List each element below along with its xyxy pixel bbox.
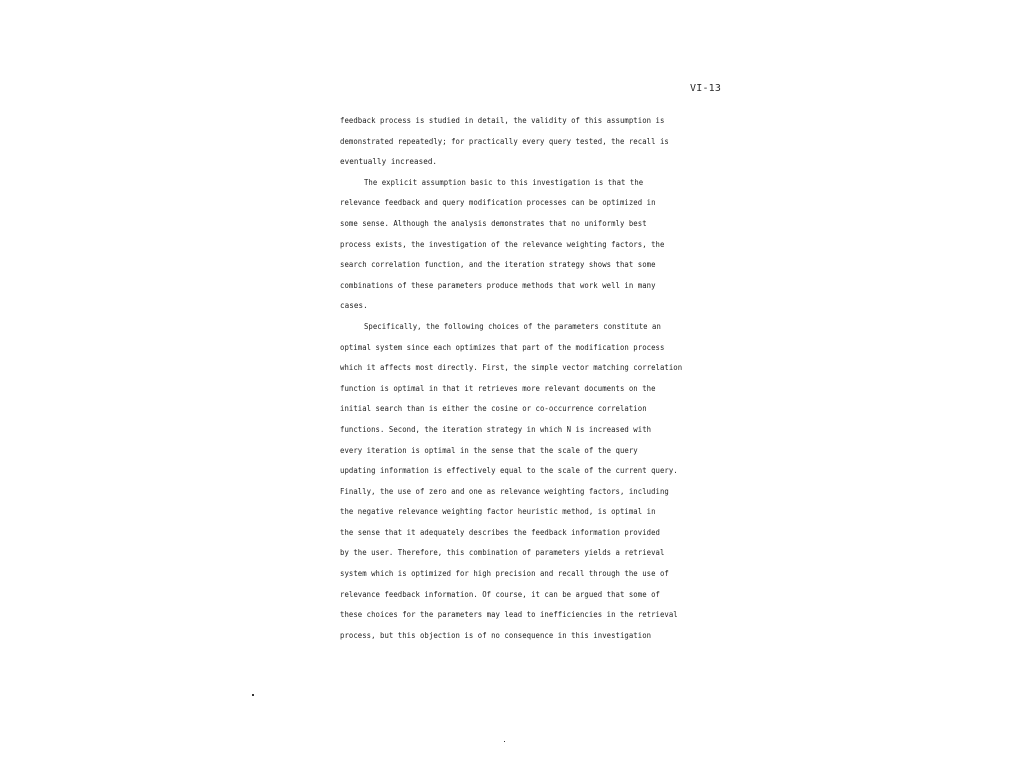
page-number: VI-13 bbox=[690, 83, 721, 94]
text-line: which it affects most directly. First, t… bbox=[340, 358, 715, 379]
text-line: Finally, the use of zero and one as rele… bbox=[340, 482, 715, 503]
text-line: feedback process is studied in detail, t… bbox=[340, 111, 715, 132]
text-line: system which is optimized for high preci… bbox=[340, 564, 715, 585]
text-line: relevance feedback information. Of cours… bbox=[340, 585, 715, 606]
text-line: demonstrated repeatedly; for practically… bbox=[340, 132, 715, 153]
text-line: function is optimal in that it retrieves… bbox=[340, 379, 715, 400]
text-line: Specifically, the following choices of t… bbox=[340, 317, 714, 338]
text-line: process, but this objection is of no con… bbox=[340, 626, 715, 647]
text-line: search correlation function, and the ite… bbox=[340, 255, 715, 276]
text-line: some sense. Although the analysis demons… bbox=[340, 214, 715, 235]
text-line: updating information is effectively equa… bbox=[340, 461, 715, 482]
text-line: functions. Second, the iteration strateg… bbox=[340, 420, 715, 441]
text-line: process exists, the investigation of the… bbox=[340, 235, 715, 256]
text-line: every iteration is optimal in the sense … bbox=[340, 441, 715, 462]
scan-speck bbox=[252, 694, 254, 696]
text-line: by the user. Therefore, this combination… bbox=[340, 543, 715, 564]
text-line: optimal system since each optimizes that… bbox=[340, 338, 715, 359]
text-line: combinations of these parameters produce… bbox=[340, 276, 715, 297]
scanned-document-page: VI-13 feedback process is studied in det… bbox=[0, 0, 1024, 768]
text-line: these choices for the parameters may lea… bbox=[340, 605, 715, 626]
text-line: the negative relevance weighting factor … bbox=[340, 502, 715, 523]
text-line: initial search than is either the cosine… bbox=[340, 399, 715, 420]
text-line: eventually increased. bbox=[340, 152, 730, 173]
scan-speck bbox=[504, 741, 505, 742]
text-line: The explicit assumption basic to this in… bbox=[340, 173, 714, 194]
text-line: the sense that it adequately describes t… bbox=[340, 523, 715, 544]
body-text: feedback process is studied in detail, t… bbox=[340, 111, 730, 646]
text-line: relevance feedback and query modificatio… bbox=[340, 193, 715, 214]
text-line: cases. bbox=[340, 296, 730, 317]
